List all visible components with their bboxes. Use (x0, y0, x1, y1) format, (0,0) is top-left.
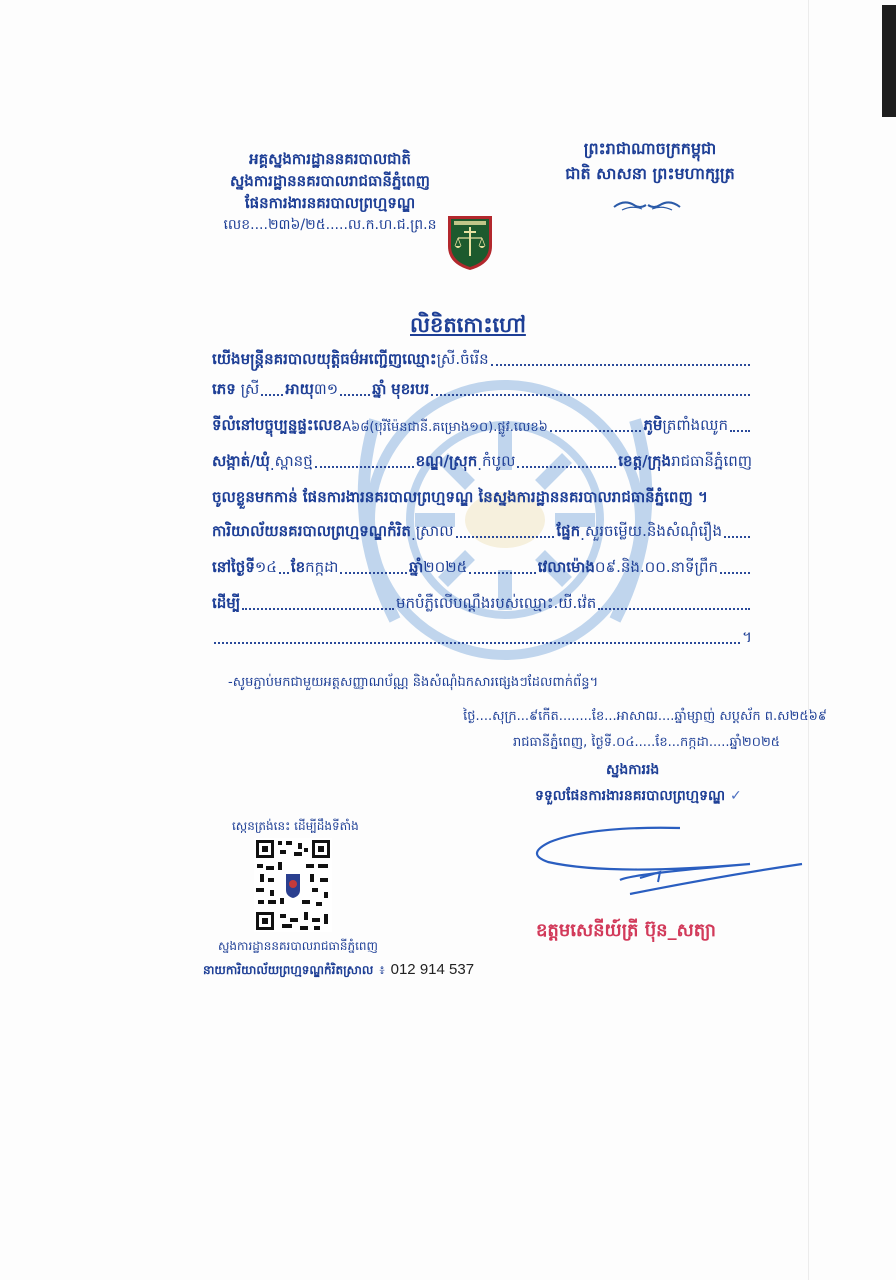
province-value: រាជធានីភ្នំពេញ (671, 452, 752, 474)
reference-number: លេខ....២៣៦/២៥.....ល.ក.ហ.ជ.ព្រ.ន (205, 214, 455, 236)
contact-label: នាយការិយាល័យព្រហ្មទណ្ឌកំរិតស្រាល (203, 962, 373, 980)
section-value: សួរចម្លើយ.និងសំណុំរឿង (585, 522, 722, 544)
document-title: លិខិតកោះហៅ (410, 312, 526, 343)
line-date-time: នៅថ្ងៃទី ១៤ ខែ កក្កដា ឆ្នាំ ២០២៥ វេលាម៉ោ… (212, 548, 752, 580)
office-value: ស្រាល (416, 522, 454, 544)
lunar-date: ថ្ងៃ....សុក្រ...៩កើត........ខែ...អាសាឍ..… (400, 708, 827, 727)
officer-label: យើងមន្ត្រីនគរបាលយុត្តិធម៌អញ្ជើញឈ្មោះ (212, 350, 437, 372)
line-purpose: ដើម្បី មកបំភ្លឺលើបណ្តឹងរបស់ឈ្មោះ.យី.វ៉េត (212, 584, 752, 616)
qr-instruction: ស្កេនត្រង់នេះ ដើម្បីដឹងទីតាំង (232, 818, 359, 836)
line-office: ការិយាល័យនគរបាលព្រហ្មទណ្ឌកំរិត. ស្រាល ផ្… (212, 512, 752, 544)
qr-org-name: ស្នងការដ្ឋាននគរបាលរាជធានីភ្នំពេញ (218, 938, 378, 956)
line-report: ចូលខ្លួនមកកាន់ ផែនការងារនគរបាលព្រហ្មទណ្ឌ… (212, 478, 752, 510)
district-value: កំបូល (482, 452, 515, 474)
commune-value: ស្ពានថ្ម (275, 452, 313, 474)
ministry-line: អគ្គស្នងការដ្ឋាននគរបាលជាតិ (205, 148, 455, 170)
header-right: ព្រះរាជាណាចក្រកម្ពុជា ជាតិ សាសនា ព្រះមហា… (535, 136, 765, 186)
qr-code-icon[interactable] (254, 838, 332, 932)
sex-value: ស្រី (241, 380, 260, 402)
line-continuation: ។ (212, 618, 752, 650)
line-sex-age: ភេទ ស្រី អាយុ ៣១ ឆ្នាំ មុខរបរ (212, 370, 752, 402)
month-value: កក្កដា (305, 558, 338, 580)
phone-number: 012 914 537 (391, 961, 474, 978)
line-commune: សង្កាត់/ឃុំ. ស្ពានថ្ម ខណ្ឌ/ស្រុក. កំបូល … (212, 442, 752, 474)
checkmark-icon: ✓ (730, 788, 742, 804)
signature-icon (530, 820, 810, 900)
signatory-title-2: ទទួលផែនការងារនគរបាលព្រហ្មទណ្ឌ ✓ (535, 786, 742, 807)
signatory-title-1: ស្នងការរង (606, 760, 659, 781)
invitee-name: ស្រី.ចំរើន (437, 350, 489, 372)
line-invitee: យើងមន្ត្រីនគរបាលយុត្តិធម៌អញ្ជើញឈ្មោះ ស្រ… (212, 340, 752, 372)
department-line: ផែនការងារនគរបាលព្រហ្មទណ្ឌ (205, 192, 455, 214)
village-value: ត្រពាំងឈូក (662, 416, 728, 438)
signatory-name: ឧត្តមសេនីយ៍ត្រី ប៊ុន_សត្យា (536, 918, 716, 945)
time-value: ០៩.និង.០០.នាទីព្រឹក (595, 558, 718, 580)
solar-date: រាជធានីភ្នំពេញ, ថ្ងៃទី.០៤.....ខែ...កក្កដ… (400, 734, 780, 753)
year-value: ២០២៥ (423, 558, 467, 580)
ornament-divider-icon (612, 197, 682, 213)
attachment-note: -សូមភ្ជាប់មកជាមួយអត្តសញ្ញាណប័ណ្ណ និងសំណុ… (228, 674, 598, 693)
binder-clip (882, 5, 896, 117)
kingdom-line: ព្រះរាជាណាចក្រកម្ពុជា (535, 136, 765, 161)
day-value: ១៤ (255, 558, 277, 580)
page-edge (808, 0, 809, 1280)
age-value: ៣១ (314, 380, 338, 402)
commissariat-line: ស្នងការដ្ឋាននគរបាលរាជធានីភ្នំពេញ (205, 170, 455, 192)
line-address: ទីលំនៅបច្ចុប្បន្នផ្ទះលេខ A៦៨(បុរីម៉ែនជាន… (212, 406, 752, 438)
contact-line: នាយការិយាល័យព្រហ្មទណ្ឌកំរិតស្រាល ៖ 012 9… (203, 961, 474, 980)
police-emblem-icon (445, 212, 495, 272)
motto-line: ជាតិ សាសនា ព្រះមហាក្សត្រ (535, 161, 765, 186)
address-value: A៦៨(បុរីម៉ែនជានី.គម្រោង១០).ផ្លូវ.លេខ៦ (342, 419, 548, 438)
header-left: អគ្គស្នងការដ្ឋាននគរបាលជាតិ ស្នងការដ្ឋានន… (205, 148, 455, 236)
purpose-value: មកបំភ្លឺលើបណ្តឹងរបស់ឈ្មោះ.យី.វ៉េត (396, 594, 596, 616)
